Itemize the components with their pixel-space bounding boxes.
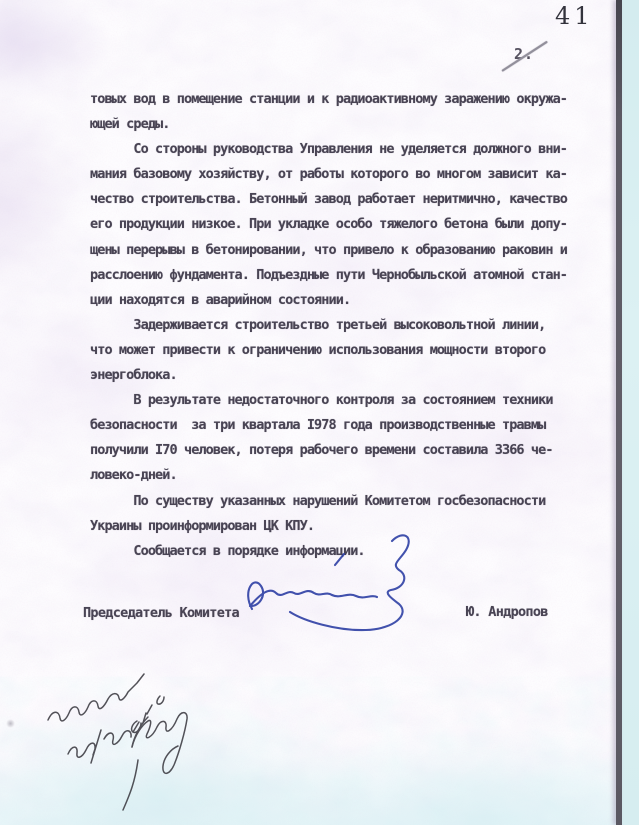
document-body-text: товых вод в помещение станции и к радиоа…	[90, 87, 567, 564]
signature-ink	[240, 527, 425, 642]
scanned-document-page: 41 2. товых вод в помещение станции и к …	[0, 0, 639, 825]
handwritten-annotation	[38, 646, 188, 816]
signature-title: Председатель Комитета	[83, 605, 239, 621]
page-edge-shadow-line	[616, 0, 622, 825]
signatory-name: Ю. Андропов	[466, 604, 548, 620]
paper-smudge	[6, 719, 15, 728]
scanner-bed-strip	[622, 0, 639, 825]
archival-page-number: 41	[555, 2, 594, 30]
